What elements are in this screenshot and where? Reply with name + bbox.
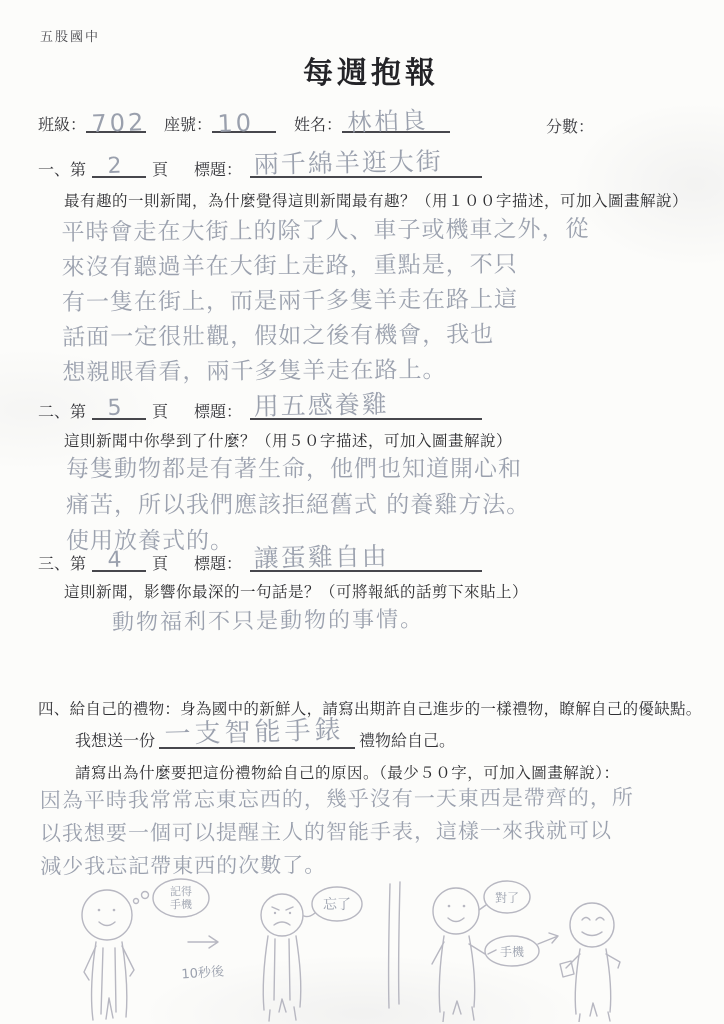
answer-line: 以我想要一個可以提醒主人的智能手表，這樣一來我就可以 bbox=[40, 814, 634, 850]
section-1-title-field: 兩千綿羊逛大街 bbox=[250, 160, 482, 178]
thought-bubble-text: 記得 bbox=[170, 885, 192, 898]
section-1-title-label: 標題： bbox=[194, 162, 242, 179]
section-3-heading: 三、第4頁標題：讓蛋雞自由 bbox=[38, 551, 482, 574]
section-1-number-label: 一、第 bbox=[38, 162, 86, 179]
answer-line: 有一隻在街上，而是兩千多隻羊走在路上這 bbox=[62, 282, 590, 321]
answer-line: 來沒有聽過羊在大街上走路，重點是，不只 bbox=[62, 247, 590, 286]
arrow-caption: 10秒後 bbox=[181, 963, 226, 982]
section-1-page-field: 2 bbox=[92, 160, 146, 178]
page-title: 每週抱報 bbox=[0, 48, 724, 92]
section-3-answer: 動物福利不只是動物的事情。 bbox=[112, 602, 424, 636]
seat-value: 10 bbox=[217, 109, 255, 138]
section-1-page-value: 2 bbox=[107, 153, 125, 179]
seat-field: 10 bbox=[212, 115, 276, 133]
seat-label: 座號： bbox=[164, 117, 212, 134]
section-2-prompt: 這則新聞中你學到了什麼？（用５０字描述，可加入圖畫解說） bbox=[64, 429, 512, 451]
section-1-heading: 一、第2頁標題：兩千綿羊逛大街 bbox=[38, 157, 482, 180]
section-3-title-value: 讓蛋雞自由 bbox=[253, 537, 389, 575]
watch-bubble-text: 手機 bbox=[500, 944, 525, 959]
section-2-page-field: 5 bbox=[92, 402, 146, 420]
section-3-page-unit: 頁 bbox=[152, 556, 168, 573]
name-field: 林柏良 bbox=[342, 115, 450, 133]
figure-happy-with-backpack bbox=[82, 890, 134, 1020]
gift-prefix: 我想送一份 bbox=[75, 733, 155, 750]
answer-line: 平時會走在大街上的除了人、車子或機車之外，從 bbox=[61, 212, 589, 251]
school-name: 五股國中 bbox=[40, 26, 100, 45]
answer-line: 動物福利不只是動物的事情。 bbox=[112, 602, 424, 636]
section-2-title-field: 用五感養雞 bbox=[250, 402, 482, 420]
score-label: 分數： bbox=[546, 114, 594, 137]
section-3-title-label: 標題： bbox=[194, 556, 242, 573]
figure-happy-holding-phone bbox=[560, 903, 620, 1022]
scanned-worksheet-page: 五股國中 每週抱報 班級：702 座號：10 姓名：林柏良 分數： 一、第2頁標… bbox=[0, 0, 724, 1024]
panel-divider-line bbox=[389, 882, 400, 1008]
arrow-right-icon bbox=[188, 936, 218, 948]
section-3-number-label: 三、第 bbox=[38, 556, 86, 573]
section-4-heading: 四、給自己的禮物：身為國中的新鮮人，請寫出期許自己進步的一樣禮物，瞭解自己的優缺… bbox=[38, 697, 702, 719]
section-1-prompt: 最有趣的一則新聞，為什麼覺得這則新聞最有趣？（用１００字描述，可加入圖畫解說） bbox=[64, 189, 688, 211]
gift-sentence: 我想送一份一支智能手錶禮物給自己。 bbox=[75, 728, 455, 751]
answer-line: 痛苦，所以我們應該拒絕舊式 的養雞方法。 bbox=[66, 487, 530, 523]
section-3-page-value: 4 bbox=[107, 547, 125, 573]
thought-bubble-text: 手機 bbox=[170, 897, 193, 911]
student-drawing: 記得 手機 10秒後 忘了 對了 手機 bbox=[48, 872, 688, 1022]
arrow-right-icon bbox=[538, 933, 558, 944]
answer-line: 話面一定很壯觀，假如之後有機會，我也 bbox=[62, 317, 590, 356]
sad-bubble-text: 忘了 bbox=[323, 897, 351, 913]
figure-sad-with-backpack bbox=[261, 894, 303, 1021]
gift-suffix: 禮物給自己。 bbox=[359, 733, 455, 750]
name-value: 林柏良 bbox=[347, 100, 429, 138]
section-3-page-field: 4 bbox=[92, 554, 146, 572]
section-1-title-value: 兩千綿羊逛大街 bbox=[253, 142, 443, 181]
section-2-heading: 二、第5頁標題：用五感養雞 bbox=[38, 399, 482, 422]
section-2-number-label: 二、第 bbox=[38, 404, 86, 421]
figure-with-smartwatch bbox=[432, 888, 485, 1022]
class-label: 班級： bbox=[38, 117, 86, 134]
oh-right-bubble-text: 對了 bbox=[495, 890, 519, 905]
student-info-row: 班級：702 座號：10 姓名：林柏良 bbox=[38, 112, 450, 135]
gift-value: 一支智能手錶 bbox=[164, 709, 345, 751]
class-value: 702 bbox=[91, 108, 147, 138]
section-3-prompt: 這則新聞，影響你最深的一句話是？（可將報紙的話剪下來貼上） bbox=[64, 580, 528, 602]
section-3-title-field: 讓蛋雞自由 bbox=[250, 554, 482, 572]
section-1-page-unit: 頁 bbox=[152, 162, 168, 179]
name-label: 姓名： bbox=[294, 117, 342, 134]
section-1-answer: 平時會走在大街上的除了人、車子或機車之外，從 來沒有聽過羊在大街上走路，重點是，… bbox=[61, 212, 590, 391]
class-field: 702 bbox=[86, 115, 146, 133]
section-4-answer: 因為平時我常常忘東忘西的，幾乎沒有一天東西是帶齊的，所 以我想要一個可以提醒主人… bbox=[40, 781, 635, 883]
answer-line: 每隻動物都是有著生命，他們也知道開心和 bbox=[66, 451, 530, 487]
phone-sketch-icon bbox=[560, 961, 574, 977]
section-2-page-unit: 頁 bbox=[152, 404, 168, 421]
answer-line: 因為平時我常常忘東忘西的，幾乎沒有一天東西是帶齊的，所 bbox=[40, 781, 634, 817]
gift-field: 一支智能手錶 bbox=[159, 731, 355, 749]
section-2-title-label: 標題： bbox=[194, 404, 242, 421]
section-2-page-value: 5 bbox=[107, 395, 125, 421]
section-2-title-value: 用五感養雞 bbox=[253, 385, 389, 423]
section-4-reason-prompt: 請寫出為什麼要把這份禮物給自己的原因。（最少５０字，可加入圖畫解說）： bbox=[75, 761, 620, 783]
